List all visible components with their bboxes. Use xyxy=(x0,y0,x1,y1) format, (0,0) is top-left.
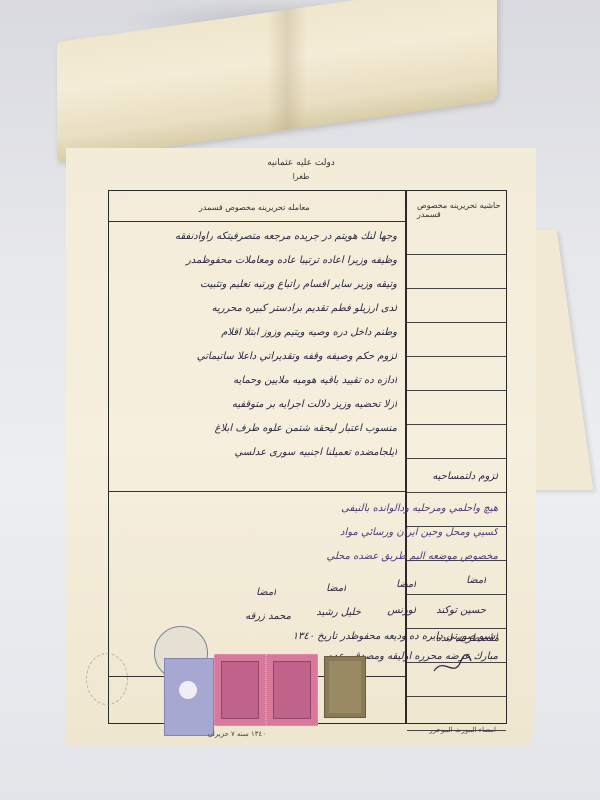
margin-signature: مقصطرينه انده xyxy=(419,633,499,644)
annotation-line: هيچ واحلمي ومرحليه ودالوانده بالنيفى xyxy=(218,503,498,514)
witness-name: محمد زرقه xyxy=(231,611,291,622)
body-line: لزوم دلتمساحيه xyxy=(318,471,498,482)
revenue-stamp-blue xyxy=(164,658,214,736)
body-line: ادازه ده تقييد باقيه هوميه ملايين وحمايه xyxy=(117,375,397,386)
faded-seal-icon xyxy=(86,653,128,705)
annotation-line: كسيي ومحل وحين ايران ورسائي مواد xyxy=(218,527,498,538)
body-line: لدى ارزيلو فطم تقديم برادستر كبيره محرري… xyxy=(117,303,397,314)
body-line: وطنم داخل دره وصيه ويتيم وزوز ابتلا اقلا… xyxy=(117,327,397,338)
revenue-stamp-pink xyxy=(214,654,266,726)
signature-label: امضا xyxy=(446,575,486,586)
body-line: وظيفه وزيرا اعاده ترتيبا عاده ومعاملات م… xyxy=(117,255,397,266)
body-line: ازلا تحضيه وزيز دلالت اجرايه بر متوقفيه xyxy=(117,399,397,410)
left-column-heading: معامله تحريرينه مخصوص قسمدر xyxy=(199,203,310,212)
signature-label: امضا xyxy=(236,587,276,598)
body-line: لزوم حكم وصيفه وقفه وتقديراتي داعلا ساتي… xyxy=(117,351,397,362)
signature-scribble-icon xyxy=(429,651,479,681)
document-header: دولت عليه عثمانيه xyxy=(216,158,386,168)
heading-rule xyxy=(109,221,405,222)
witness-name: خليل رشيد xyxy=(301,607,361,618)
witness-name: لورنس xyxy=(371,605,416,616)
tughra-emblem: طغرا xyxy=(271,172,331,181)
body-line: وتيقه وزير ساير اقسام راتباع ورتبه تعليم… xyxy=(117,279,397,290)
revenue-stamp-pink xyxy=(266,654,318,726)
pictorial-stamp-brown xyxy=(324,656,366,718)
witness-name: حسين توكند xyxy=(426,605,486,616)
document-sheet: دولت عليه عثمانيه طغرا معامله تحريرينه م… xyxy=(66,148,536,746)
section-rule xyxy=(109,491,405,492)
body-line: وجها لنك هويتم در جريده مرجعه متصرفيتكه … xyxy=(117,231,397,242)
body-line: ايلجامضده تعميلنا اجنبيه سورى عدلسي xyxy=(117,447,397,458)
body-line: منسوب اعتبار ليحقه شتمن علوه طرف ابلاغ xyxy=(117,423,397,434)
paper-crease xyxy=(267,7,307,133)
signature-label: امضا xyxy=(306,583,346,594)
footer-signature-label: امضاء المورث الموحرر xyxy=(406,726,496,734)
annotation-line: مخصوص موضعه اليم طريق عضده محلي xyxy=(218,551,498,562)
footer-date: ١٣٤٠ سنه ٧ حزيران xyxy=(106,730,266,738)
signature-label: امضا xyxy=(376,579,416,590)
right-column-heading: حاشيه تحريرينه مخصوص قسمدر xyxy=(417,201,506,219)
